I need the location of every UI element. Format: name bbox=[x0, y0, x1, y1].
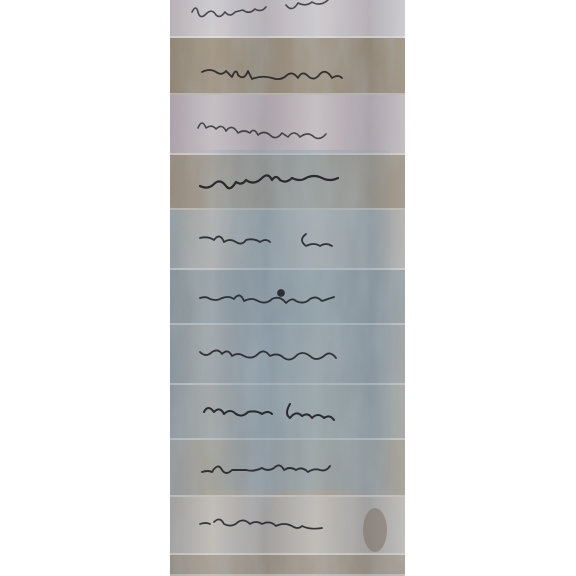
script-line-5 bbox=[200, 234, 332, 246]
script-line-9 bbox=[202, 465, 330, 473]
script-line-10 bbox=[200, 519, 322, 528]
script-line-4 bbox=[200, 175, 338, 188]
script-line-3 bbox=[198, 123, 326, 138]
script-line-8 bbox=[204, 404, 334, 420]
artwork-panel bbox=[170, 0, 405, 576]
script-line-7 bbox=[200, 350, 336, 359]
script-line-2 bbox=[202, 70, 342, 79]
script-line-1 bbox=[192, 0, 328, 17]
script-line-6 bbox=[200, 290, 334, 303]
script-marks bbox=[170, 0, 405, 576]
